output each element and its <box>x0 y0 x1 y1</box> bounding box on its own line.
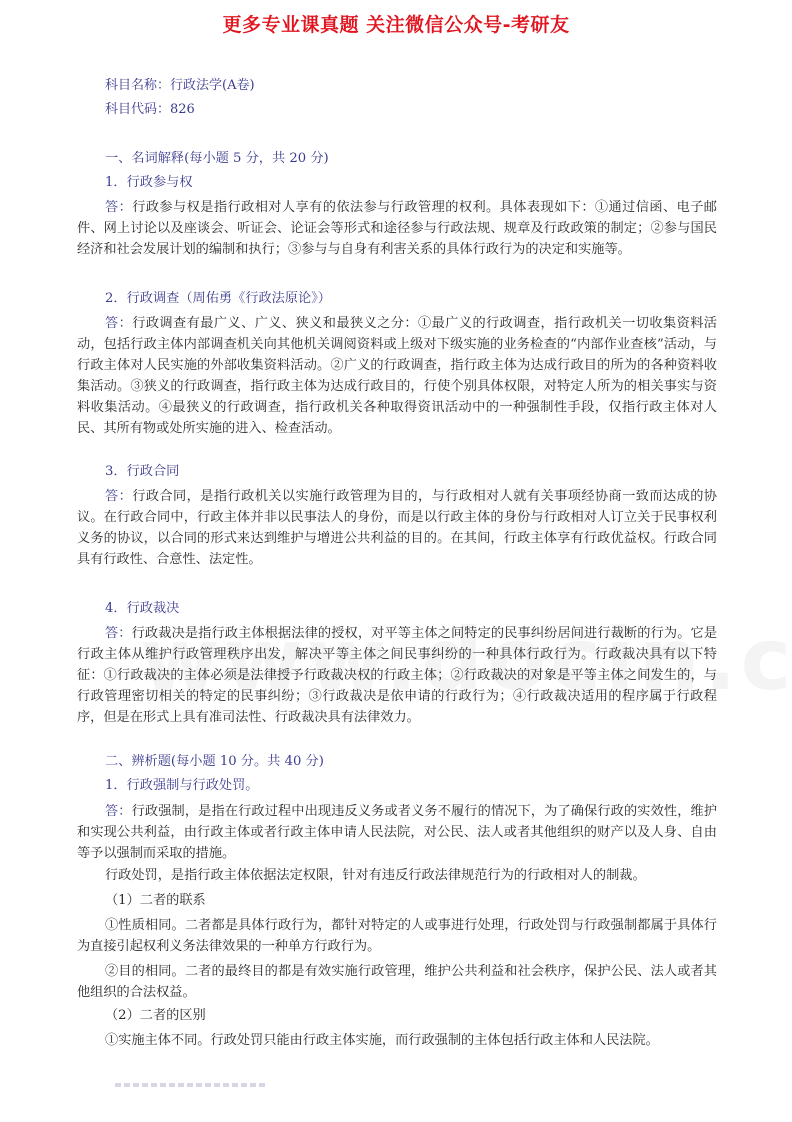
answer-text: 行政参与权是指行政相对人享有的依法参与行政管理的权利。具体表现如下：①通过信函、… <box>77 200 717 257</box>
answer-paragraph: 答：行政强制，是指在行政过程中出现违反义务或者义务不履行的情况下，为了确保行政的… <box>77 801 717 864</box>
subsection-title: （2）二者的区别 <box>77 1005 745 1026</box>
subject-name: 科目名称：行政法学(A卷) <box>105 74 255 93</box>
section-title: 二、辨析题(每小题 10 分。共 40 分) <box>77 751 745 772</box>
answer-paragraph: 答：行政参与权是指行政相对人享有的依法参与行政管理的权利。具体表现如下：①通过信… <box>77 197 717 260</box>
subject-code: 科目代码：826 <box>105 98 195 117</box>
paragraph: 行政处罚，是指行政主体依据法定权限，针对有违反行政法律规范行为的行政相对人的制裁… <box>77 865 717 886</box>
answer-label: 答： <box>105 316 132 331</box>
answer-paragraph: 答：行政合同，是指行政机关以实施行政管理为目的，与行政相对人就有关事项经协商一致… <box>77 486 717 570</box>
item-title: 1．行政强制与行政处罚。 <box>77 775 745 796</box>
answer-label: 答： <box>105 804 132 819</box>
item-title: 2．行政调查（周佑勇《行政法原论》） <box>77 288 745 309</box>
answer-text: 行政裁决是指行政主体根据法律的授权，对平等主体之间特定的民事纠纷居间进行裁断的行… <box>77 626 717 725</box>
item-title: 1．行政参与权 <box>77 172 745 193</box>
section-title: 一、名词解释(每小题 5 分，共 20 分) <box>77 148 745 169</box>
answer-label: 答： <box>105 626 132 641</box>
answer-text: 行政强制，是指在行政过程中出现违反义务或者义务不履行的情况下，为了确保行政的实效… <box>77 804 717 861</box>
answer-label: 答： <box>105 200 132 215</box>
point-paragraph: ②目的相同。二者的最终目的都是有效实施行政管理，维护公共利益和社会秩序，保护公民… <box>77 961 717 1003</box>
point-paragraph: ①实施主体不同。行政处罚只能由行政主体实施，而行政强制的主体包括行政主体和人民法… <box>77 1030 717 1051</box>
answer-text: 行政调查有最广义、广义、狭义和最狭义之分：①最广义的行政调查，指行政机关一切收集… <box>77 316 717 436</box>
answer-paragraph: 答：行政调查有最广义、广义、狭义和最狭义之分：①最广义的行政调查，指行政机关一切… <box>77 313 717 439</box>
point-paragraph: ①性质相同。二者都是具体行政行为，都针对特定的人或事进行处理，行政处罚与行政强制… <box>77 915 717 957</box>
answer-label: 答： <box>105 489 132 504</box>
item-title: 3．行政合同 <box>77 461 745 482</box>
header-banner: 更多专业课真题 关注微信公众号-考研友 <box>0 10 792 37</box>
clipped-text-line <box>115 1083 265 1087</box>
answer-text: 行政合同，是指行政机关以实施行政管理为目的，与行政相对人就有关事项经协商一致而达… <box>77 489 717 567</box>
subsection-title: （1）二者的联系 <box>77 890 745 911</box>
answer-paragraph: 答：行政裁决是指行政主体根据法律的授权，对平等主体之间特定的民事纠纷居间进行裁断… <box>77 623 717 728</box>
item-title: 4．行政裁决 <box>77 598 745 619</box>
